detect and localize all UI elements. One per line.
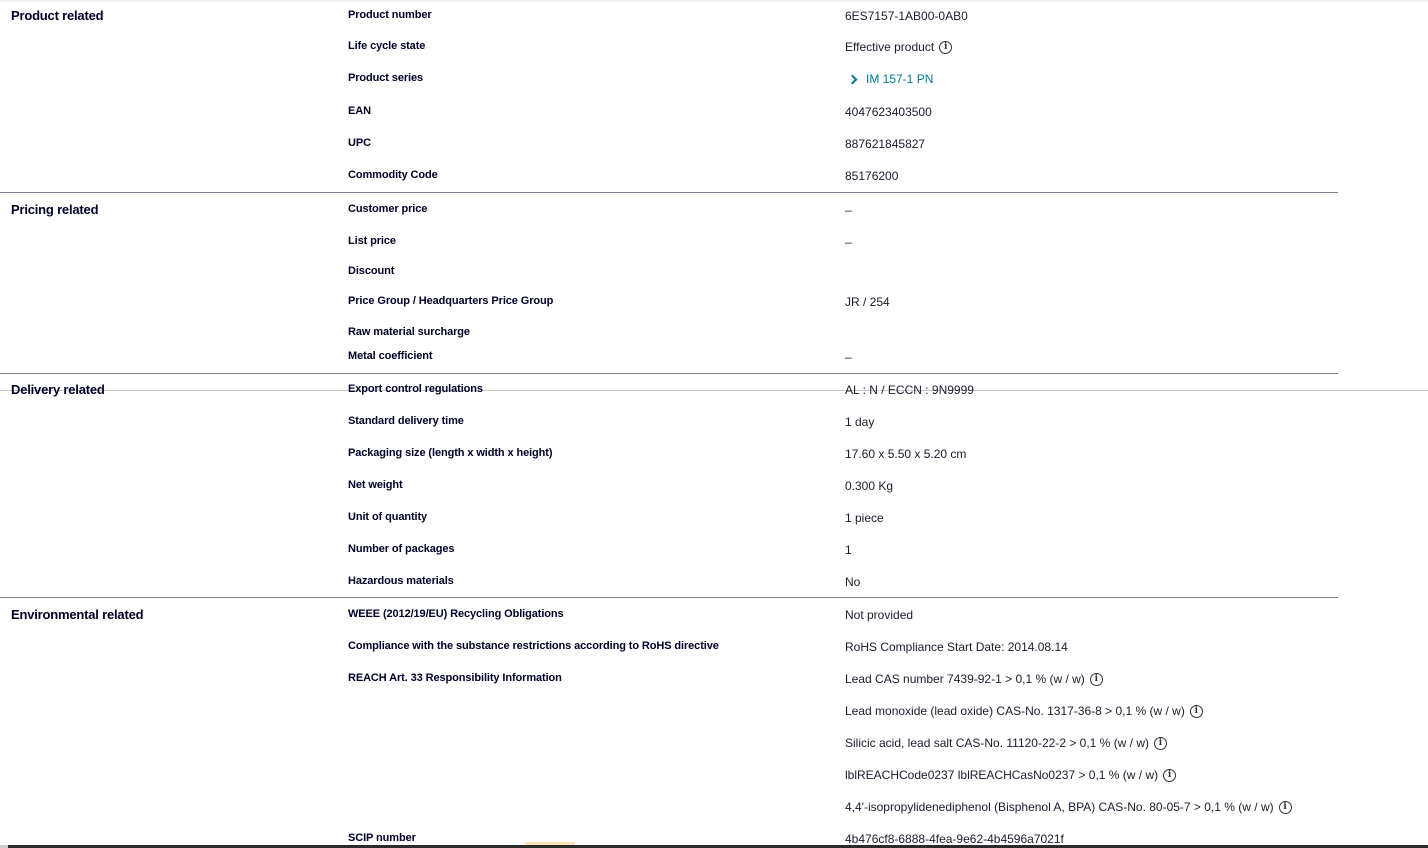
reach-item-text: Lead CAS number 7439-92-1 > 0,1 % (w / w… xyxy=(845,672,1085,686)
row-value: RoHS Compliance Start Date: 2014.08.14 xyxy=(845,640,1068,654)
section-product-related: Product related Product number 6ES7157-1… xyxy=(0,0,1338,193)
row-value: 887621845827 xyxy=(845,137,925,151)
row-value: Effective product i xyxy=(845,40,952,54)
row-value: – xyxy=(845,350,852,364)
row-value: – xyxy=(845,235,852,249)
row-label: Hazardous materials xyxy=(348,575,454,587)
reach-item-text: lblREACHCode0237 lblREACHCasNo0237 > 0,1… xyxy=(845,768,1158,782)
row-value: 4,4'-isopropylidenediphenol (Bisphenol A… xyxy=(845,800,1292,814)
section-title: Product related xyxy=(11,8,103,23)
info-icon[interactable]: i xyxy=(1090,673,1103,686)
life-cycle-state-value: Effective product xyxy=(845,40,934,54)
row-value: AL : N / ECCN : 9N9999 xyxy=(845,383,974,397)
row-label: Standard delivery time xyxy=(348,415,464,427)
product-series-link-text: IM 157-1 PN xyxy=(866,72,933,86)
row-value: 1 piece xyxy=(845,511,884,525)
row-label: Number of packages xyxy=(348,543,454,555)
row-label: Customer price xyxy=(348,203,427,215)
section-delivery-related: Delivery related Export control regulati… xyxy=(0,374,1338,598)
row-label: Product series xyxy=(348,72,423,84)
info-icon[interactable]: i xyxy=(1163,769,1176,782)
info-icon[interactable]: i xyxy=(1190,705,1203,718)
row-value: lblREACHCode0237 lblREACHCasNo0237 > 0,1… xyxy=(845,768,1176,782)
row-value: 4047623403500 xyxy=(845,105,932,119)
row-label: Commodity Code xyxy=(348,169,438,181)
row-label: Product number xyxy=(348,9,432,21)
row-value: JR / 254 xyxy=(845,295,890,309)
row-label: Discount xyxy=(348,265,394,277)
section-title: Pricing related xyxy=(11,202,98,217)
section-title: Environmental related xyxy=(11,607,143,622)
row-label: REACH Art. 33 Responsibility Information xyxy=(348,672,562,684)
reach-item-text: 4,4'-isopropylidenediphenol (Bisphenol A… xyxy=(845,800,1274,814)
row-value: IM 157-1 PN xyxy=(845,72,933,86)
row-value: 17.60 x 5.50 x 5.20 cm xyxy=(845,447,966,461)
product-series-link[interactable]: IM 157-1 PN xyxy=(845,72,933,86)
row-value: Lead CAS number 7439-92-1 > 0,1 % (w / w… xyxy=(845,672,1103,686)
reach-item-text: Lead monoxide (lead oxide) CAS-No. 1317-… xyxy=(845,704,1185,718)
row-label: Life cycle state xyxy=(348,40,425,52)
row-label: Packaging size (length x width x height) xyxy=(348,447,552,459)
row-value: 6ES7157-1AB00-0AB0 xyxy=(845,9,968,23)
row-value: Not provided xyxy=(845,608,913,622)
row-label: Raw material surcharge xyxy=(348,326,470,338)
info-icon[interactable]: i xyxy=(1279,801,1292,814)
info-icon[interactable]: i xyxy=(939,41,952,54)
row-label: Compliance with the substance restrictio… xyxy=(348,640,719,652)
info-icon[interactable]: i xyxy=(1154,737,1167,750)
row-value: No xyxy=(845,575,860,589)
row-value: Silicic acid, lead salt CAS-No. 11120-22… xyxy=(845,736,1167,750)
row-label: SCIP number xyxy=(348,832,416,844)
row-value: 1 day xyxy=(845,415,874,429)
row-value: Lead monoxide (lead oxide) CAS-No. 1317-… xyxy=(845,704,1203,718)
row-value: 85176200 xyxy=(845,169,898,183)
row-label: Net weight xyxy=(348,479,403,491)
section-pricing-related: Pricing related Customer price – List pr… xyxy=(0,193,1338,374)
row-label: Export control regulations xyxy=(348,383,483,395)
row-label: List price xyxy=(348,235,396,247)
chevron-right-icon xyxy=(848,74,858,84)
section-title: Delivery related xyxy=(11,382,105,397)
row-label: Price Group / Headquarters Price Group xyxy=(348,295,553,307)
row-label: Unit of quantity xyxy=(348,511,427,523)
reach-item-text: Silicic acid, lead salt CAS-No. 11120-22… xyxy=(845,736,1149,750)
row-label: Metal coefficient xyxy=(348,350,433,362)
row-value: 4b476cf8-6888-4fea-9e62-4b4596a7021f xyxy=(845,832,1064,846)
row-value: 1 xyxy=(845,543,852,557)
row-label: EAN xyxy=(348,105,371,117)
row-value: – xyxy=(845,203,852,217)
row-value: 0.300 Kg xyxy=(845,479,893,493)
row-label: UPC xyxy=(348,137,371,149)
section-environmental-related: Environmental related WEEE (2012/19/EU) … xyxy=(0,598,1338,848)
row-label: WEEE (2012/19/EU) Recycling Obligations xyxy=(348,608,564,620)
